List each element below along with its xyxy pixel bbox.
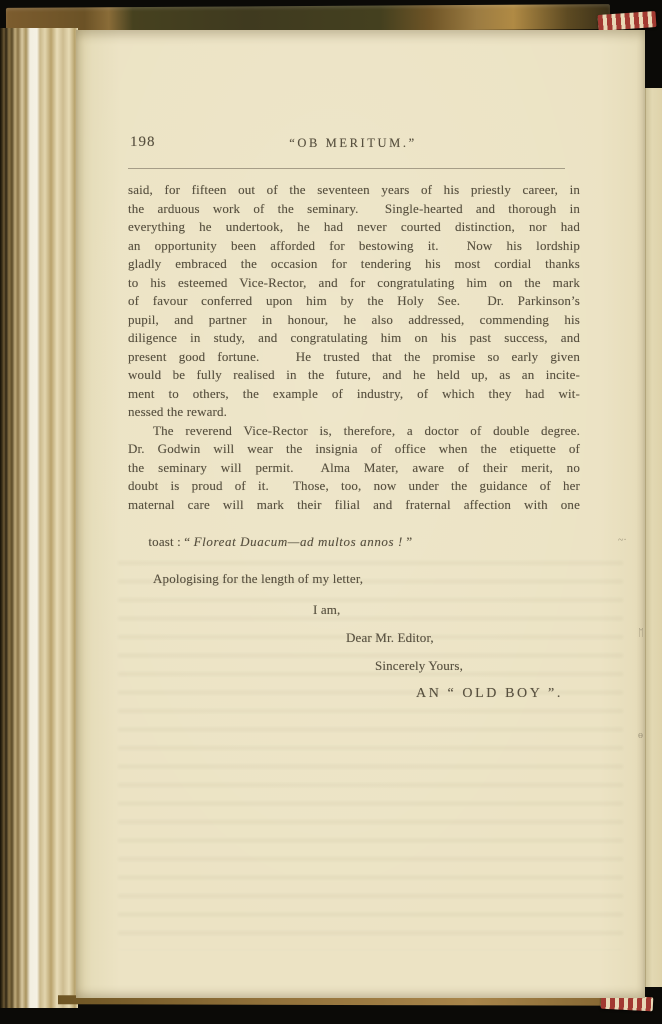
text-line: everything he undertook, he had never co…: [128, 218, 580, 237]
text-line: an opportunity been afforded for bestowi…: [128, 237, 580, 256]
text-line: of favour conferred upon him by the Holy…: [128, 292, 580, 311]
text-line: would be fully realised in the future, a…: [128, 366, 580, 385]
book-scan: { "page": { "header": { "page_number": "…: [0, 0, 662, 1024]
text-line: Dr. Godwin will wear the insignia of off…: [128, 440, 580, 459]
page-header: 198 “OB MERITUM.”: [128, 134, 578, 154]
text-line: doubt is proud of it. Those, too, now un…: [128, 477, 580, 496]
text-line: diligence in study, and congratulating h…: [128, 329, 580, 348]
toast-pre: toast : “: [148, 534, 193, 549]
book-cover-edge: [6, 4, 610, 33]
closing-sincerely: Sincerely Yours,: [375, 652, 580, 680]
closing-i-am: I am,: [313, 596, 580, 624]
header-rule: [128, 168, 565, 169]
closing-dear-editor: Dear Mr. Editor,: [346, 624, 580, 652]
text-line: gladly embraced the occasion for tenderi…: [128, 255, 580, 274]
margin-speck: ~·: [618, 535, 627, 546]
margin-speck: ɵ: [638, 730, 643, 741]
text-line: the arduous work of the seminary. Single…: [128, 200, 580, 219]
closing-signature: AN “ OLD BOY ”.: [416, 680, 580, 708]
paragraph-3: Apologising for the length of my letter,: [128, 570, 580, 589]
margin-speck: ᛖ: [638, 628, 644, 639]
text-line: The reverend Vice-Rector is, therefore, …: [128, 422, 580, 441]
toast-line: toast : “ Floreat Duacum—ad multos annos…: [128, 514, 580, 570]
letter-closing: I am, Dear Mr. Editor, Sincerely Yours, …: [128, 596, 580, 708]
running-title: “OB MERITUM.”: [128, 136, 578, 151]
text-line: to his esteemed Vice-Rector, and for con…: [128, 274, 580, 293]
page-edges-stack: [0, 28, 78, 1008]
text-line: the seminary will permit. Alma Mater, aw…: [128, 459, 580, 478]
text-line: nessed the reward.: [128, 403, 580, 422]
text-line: said, for fifteen out of the seventeen y…: [128, 181, 580, 200]
headband-top: [598, 11, 657, 31]
text-line: pupil, and partner in honour, he also ad…: [128, 311, 580, 330]
text-line: present good fortune. He trusted that th…: [128, 348, 580, 367]
text-block: said, for fifteen out of the seventeen y…: [128, 181, 580, 708]
toast-post: ”: [403, 534, 412, 549]
page-fore-edge: [645, 88, 662, 987]
text-line: maternal care will mark their filial and…: [128, 496, 580, 515]
toast-latin-italic: Floreat Duacum—ad multos annos !: [194, 534, 403, 549]
book-page: 198 “OB MERITUM.” said, for fifteen out …: [76, 30, 645, 998]
text-line: ment to others, the example of industry,…: [128, 385, 580, 404]
paragraph-1: said, for fifteen out of the seventeen y…: [128, 181, 580, 422]
paragraph-2: The reverend Vice-Rector is, therefore, …: [128, 422, 580, 515]
